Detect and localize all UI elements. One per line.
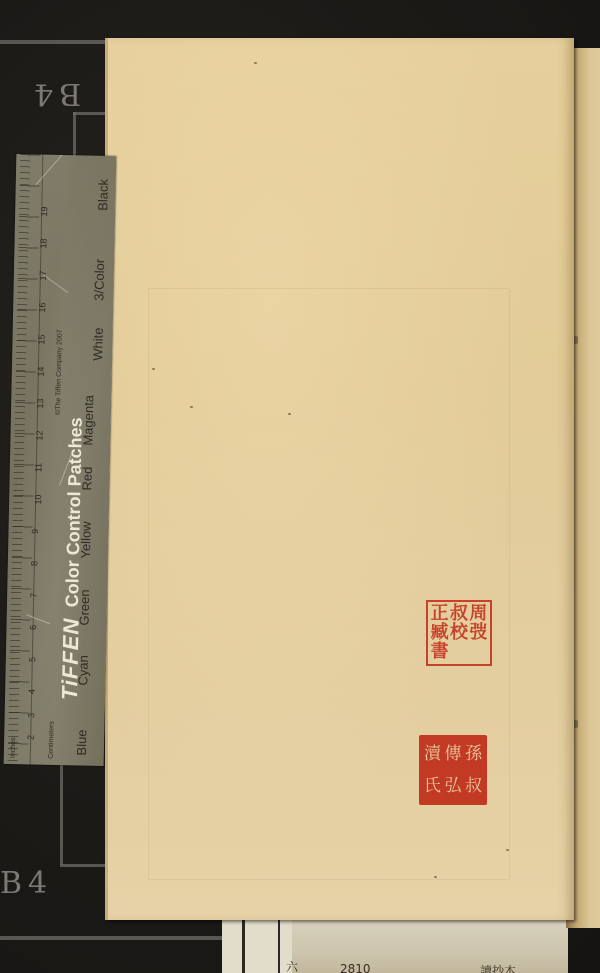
slip-strip — [222, 918, 292, 973]
seal-char: 孫 — [463, 738, 484, 770]
ruler-cm-mark: 19 — [39, 207, 49, 217]
color-control-ruler: 19 18 17 16 15 14 13 12 11 10 9 8 7 6 5 … — [4, 154, 117, 766]
ruler-cm-mark: 11 — [33, 463, 43, 473]
mat-grid-line-inner-v — [73, 112, 76, 157]
ruler-cm-mark: 15 — [36, 334, 46, 344]
seal-char: 臧 — [430, 623, 449, 642]
ruler-patch-magenta: Magenta — [80, 395, 96, 446]
ruler-cm-mark: 16 — [37, 302, 47, 312]
ruler-patch-yellow: Yellow — [78, 521, 94, 558]
paper-speck — [152, 368, 155, 370]
ruler-cm-mark: 10 — [33, 494, 43, 504]
ruler-cm-mark: 8 — [29, 561, 39, 566]
slip-note-mark: 六 — [286, 958, 298, 973]
paper-speck — [254, 62, 257, 64]
ruler-patch-cyan: Cyan — [75, 655, 91, 686]
mat-grid-line-bottom — [0, 936, 225, 940]
slip-fold-line — [278, 918, 280, 973]
ruler-copyright: ©The Tiffen Company 2007 — [55, 329, 64, 415]
book-cover — [105, 38, 574, 920]
seal-char: 正 — [430, 604, 449, 623]
lower-paper-slip: 六 2810 讀抄本 — [222, 918, 568, 973]
seal-char: 弘 — [443, 770, 464, 802]
ruler-cm-mark: 12 — [34, 430, 44, 440]
red-seal-relief: 周 弢 叔 校 正 臧 書 — [426, 600, 492, 666]
ruler-patch-3color: 3/Color — [91, 259, 107, 301]
ruler-cm-mark: 7 — [29, 593, 39, 598]
ruler-patch-green: Green — [77, 589, 93, 625]
seal-char — [449, 643, 468, 662]
ruler-cm-mark: 18 — [38, 238, 48, 248]
ruler-cm-mark: 6 — [28, 625, 38, 630]
ruler-title: Color Control Patches — [62, 417, 87, 607]
seal-char: 周 — [469, 604, 488, 623]
slip-note-title: 讀抄本 — [480, 962, 516, 973]
seal-char: 校 — [449, 623, 468, 642]
slip-fold-line — [242, 918, 245, 973]
ruler-cm-mark: 13 — [35, 398, 45, 408]
paper-speck — [506, 849, 509, 851]
ruler-cm-mark: 4 — [27, 689, 37, 694]
paper-speck — [190, 406, 193, 408]
ruler-units-centimeters: Centimeters — [48, 721, 56, 759]
paper-speck — [288, 413, 291, 415]
seal-char: 傳 — [443, 738, 464, 770]
ruler-cm-mark: 14 — [36, 366, 46, 376]
seal-char — [469, 643, 488, 662]
mat-grid-line-lower-h — [60, 864, 106, 867]
ruler-units-inches: Inches — [10, 737, 17, 758]
mat-label-bottom: B4 — [0, 866, 53, 901]
seal-char: 叔 — [449, 604, 468, 623]
ruler-patch-blue: Blue — [74, 729, 90, 755]
ruler-patch-red: Red — [79, 467, 94, 491]
ruler-cm-mark: 2 — [26, 735, 36, 740]
slip-note-number: 2810 — [340, 962, 371, 973]
ruler-patch-black: Black — [95, 179, 111, 211]
photo-scene: B4 4 B4 六 2810 讀抄本 周 弢 叔 校 正 臧 書 孫 — [0, 0, 600, 973]
ruler-patch-white: White — [90, 327, 106, 361]
mat-grid-line-lower-v — [60, 765, 63, 865]
seal-char: 弢 — [469, 623, 488, 642]
ruler-cm-mark: 3 — [26, 713, 36, 718]
red-seal-intaglio: 孫 叔 傳 弘 瀆 氏 — [419, 735, 487, 805]
ruler-cm-mark: 9 — [30, 529, 40, 534]
ruler-cm-mark: 5 — [27, 657, 37, 662]
seal-char: 叔 — [463, 770, 484, 802]
seal-char: 書 — [430, 643, 449, 662]
seal-char: 瀆 — [422, 738, 443, 770]
mat-label-top: B4 — [28, 76, 81, 111]
paper-speck — [434, 876, 437, 878]
seal-char: 氏 — [422, 770, 443, 802]
